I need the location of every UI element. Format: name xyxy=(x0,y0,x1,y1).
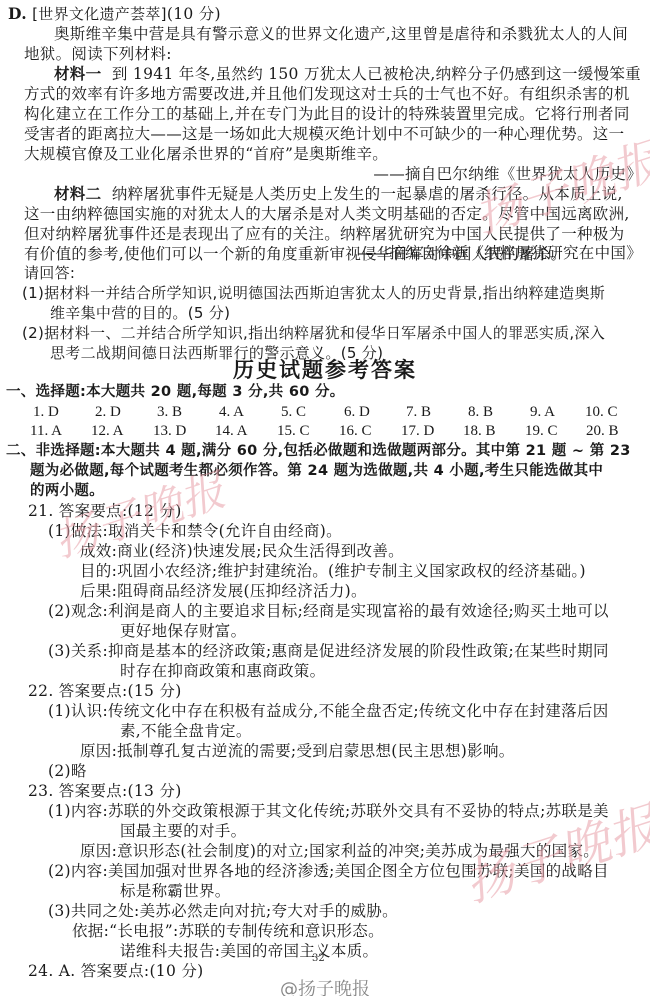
q21-line: 成效:商业(经济)快速发展;民众生活得到改善。 xyxy=(80,541,404,561)
q21-line: (3)关系:抑商是基本的经济政策;惠商是促进经济发展的阶段性政策;在某些时期同 xyxy=(48,641,609,661)
answer-item: 8. B xyxy=(468,402,493,422)
material2-line: 这一由纳粹德国实施的对犹太人的大屠杀是对人类文明基础的否定。尽管中国远离欧洲, xyxy=(24,204,630,224)
intro-line: 地狱。阅读下列材料: xyxy=(24,44,172,64)
material2-text: 纳粹屠犹事件无疑是人类历史上发生的一起暴虐的屠杀行径。从本质上说, xyxy=(112,185,623,203)
section2-heading-cont: 题为必做题,每个试题考生都必须作答。第 24 题为选做题,共 4 小题,考生只能… xyxy=(30,461,603,481)
material1-source: ——摘自巴尔纳维《世界犹太人历史》 xyxy=(373,164,642,184)
q23-line: (2)内容:美国加强对世界各地的经济渗透;美国企图全方位包围苏联;美国的战略目 xyxy=(48,861,609,881)
material1-line: 材料一 到 1941 年冬,虽然约 150 万犹太人已被枪决,纳粹分子仍感到这一… xyxy=(54,64,641,84)
q23-line: (1)内容:苏联的外交政策根源于其文化传统;苏联外交具有不妥协的特点;苏联是美 xyxy=(48,801,609,821)
question-d-score: (10 分) xyxy=(167,5,221,23)
question-d-heading: D. [世界文化遗产荟萃](10 分) xyxy=(8,4,221,24)
q23-heading: 23. 答案要点:(13 分) xyxy=(28,781,182,801)
q23-line: 原因:意识形态(社会制度)的对立;国家利益的冲突;美苏成为最强大的国家。 xyxy=(80,841,599,861)
footer-credit: @扬子晚报 xyxy=(0,975,650,996)
material2-line: 但对纳粹屠犹事件还是表现出了应有的关注。纳粹屠犹研究为中国人民提供了一种极为 xyxy=(24,224,624,244)
intro-line: 奥斯维辛集中营是具有警示意义的世界文化遗产,这里曾是虐待和杀戮犹太人的人间 xyxy=(54,24,628,44)
q23-line: 诺维科夫报告:美国的帝国主义本质。 xyxy=(120,941,378,961)
q23-line: 标是称霸世界。 xyxy=(120,881,231,901)
answer-item: 9. A xyxy=(530,402,555,422)
q21-line: 更好地保存财富。 xyxy=(120,621,246,641)
answers-row-1: 1. D 2. D 3. B 4. A 5. C 6. D 7. B 8. B … xyxy=(0,402,650,422)
answer-item: 7. B xyxy=(406,402,431,422)
subquestion-2: (2)据材料一、二并结合所学知识,指出纳粹屠犹和侵华日军屠杀中国人的罪恶实质,深… xyxy=(22,323,605,343)
material1-line: 构化建立在工作分工的基础上,并在专门为此目的设计的特殊装置里完成。它将行刑者同 xyxy=(24,104,630,124)
answer-item: 18. B xyxy=(463,421,496,441)
material1-line: 大规模官僚及工业化屠杀世界的“首府”是奥斯维辛。 xyxy=(24,144,388,164)
answer-item: 16. C xyxy=(339,421,372,441)
q21-line: 时存在抑商政策和惠商政策。 xyxy=(120,661,325,681)
answer-item: 15. C xyxy=(277,421,310,441)
subquestion-1: (1)据材料一并结合所学知识,说明德国法西斯迫害犹太人的历史背景,指出纳粹建造奥… xyxy=(22,283,605,303)
q22-heading: 22. 答案要点:(15 分) xyxy=(28,681,182,701)
material2-line: 材料二 纳粹屠犹事件无疑是人类历史上发生的一起暴虐的屠杀行径。从本质上说, xyxy=(54,184,623,204)
prompt: 请回答: xyxy=(24,263,75,283)
material2-source: ——摘编自徐新《纳粹屠犹研究在中国》 xyxy=(358,243,642,263)
q21-line: (1)做法:取消关卡和禁令(允许自由经商)。 xyxy=(48,521,342,541)
exam-page: D. [世界文化遗产荟萃](10 分) 奥斯维辛集中营是具有警示意义的世界文化遗… xyxy=(0,0,650,996)
answer-item: 5. C xyxy=(281,402,306,422)
material2-label: 材料二 xyxy=(54,184,101,203)
material1-line: 方式的效率有许多地方需要改进,并且他们发现这对士兵的士气也不好。有组织杀害的机 xyxy=(24,84,630,104)
answer-item: 1. D xyxy=(33,402,59,422)
answer-item: 20. B xyxy=(586,421,619,441)
q22-line: 原因:抵制尊孔复古逆流的需要;受到启蒙思想(民主思想)影响。 xyxy=(80,741,515,761)
question-d-label: D. xyxy=(8,4,27,23)
section2-heading-cont: 的两小题。 xyxy=(30,481,104,501)
answer-item: 12. A xyxy=(91,421,124,441)
question-d-title: [世界文化遗产荟萃] xyxy=(32,5,167,23)
answer-item: 14. A xyxy=(215,421,248,441)
page-number: 32 xyxy=(312,953,325,964)
q21-line: 后果:阻碍商品经济发展(压抑经济活力)。 xyxy=(80,581,367,601)
material1-line: 受害者的距离拉大——这是一场如此大规模灭绝计划中不可缺少的一种心理优势。这一 xyxy=(24,124,624,144)
q23-line: 依据:“长电报”:苏联的专制传统和意识形态。 xyxy=(72,921,384,941)
answer-item: 10. C xyxy=(585,402,618,422)
answer-item: 17. D xyxy=(401,421,434,441)
material1-label: 材料一 xyxy=(54,64,101,83)
answer-item: 6. D xyxy=(344,402,370,422)
q21-line: (2)观念:利润是商人的主要追求目标;经商是实现富裕的最有效途径;购买土地可以 xyxy=(48,601,609,621)
q22-line: (1)认识:传统文化中存在积极有益成分,不能全盘否定;传统文化中存在封建落后因 xyxy=(48,701,609,721)
answers-row-2: 11. A 12. A 13. D 14. A 15. C 16. C 17. … xyxy=(0,421,650,441)
answer-key-title: 历史试题参考答案 xyxy=(0,354,650,384)
q23-line: 国最主要的对手。 xyxy=(120,821,246,841)
q23-line: (3)共同之处:美苏必然走向对抗;夸大对手的威胁。 xyxy=(48,901,398,921)
answer-item: 13. D xyxy=(153,421,186,441)
answer-item: 11. A xyxy=(30,421,62,441)
section2-heading: 二、非选择题:本大题共 4 题,满分 60 分,包括必做题和选做题两部分。其中第… xyxy=(6,441,631,461)
material1-text: 到 1941 年冬,虽然约 150 万犹太人已被枪决,纳粹分子仍感到这一缓慢笨重 xyxy=(112,65,641,83)
answer-item: 2. D xyxy=(95,402,121,422)
section1-heading: 一、选择题:本大题共 20 题,每题 3 分,共 60 分。 xyxy=(6,382,345,402)
answer-item: 3. B xyxy=(157,402,182,422)
answer-item: 4. A xyxy=(219,402,244,422)
answer-item: 19. C xyxy=(525,421,558,441)
subquestion-1-cont: 维辛集中营的目的。(5 分) xyxy=(50,303,230,323)
q21-heading: 21. 答案要点:(12 分) xyxy=(28,501,182,521)
q22-line: 素,不能全盘肯定。 xyxy=(120,721,252,741)
q22-line: (2)略 xyxy=(48,761,87,781)
q21-line: 目的:巩固小农经济;维护封建统治。(维护专制主义国家政权的经济基础。) xyxy=(80,561,586,581)
